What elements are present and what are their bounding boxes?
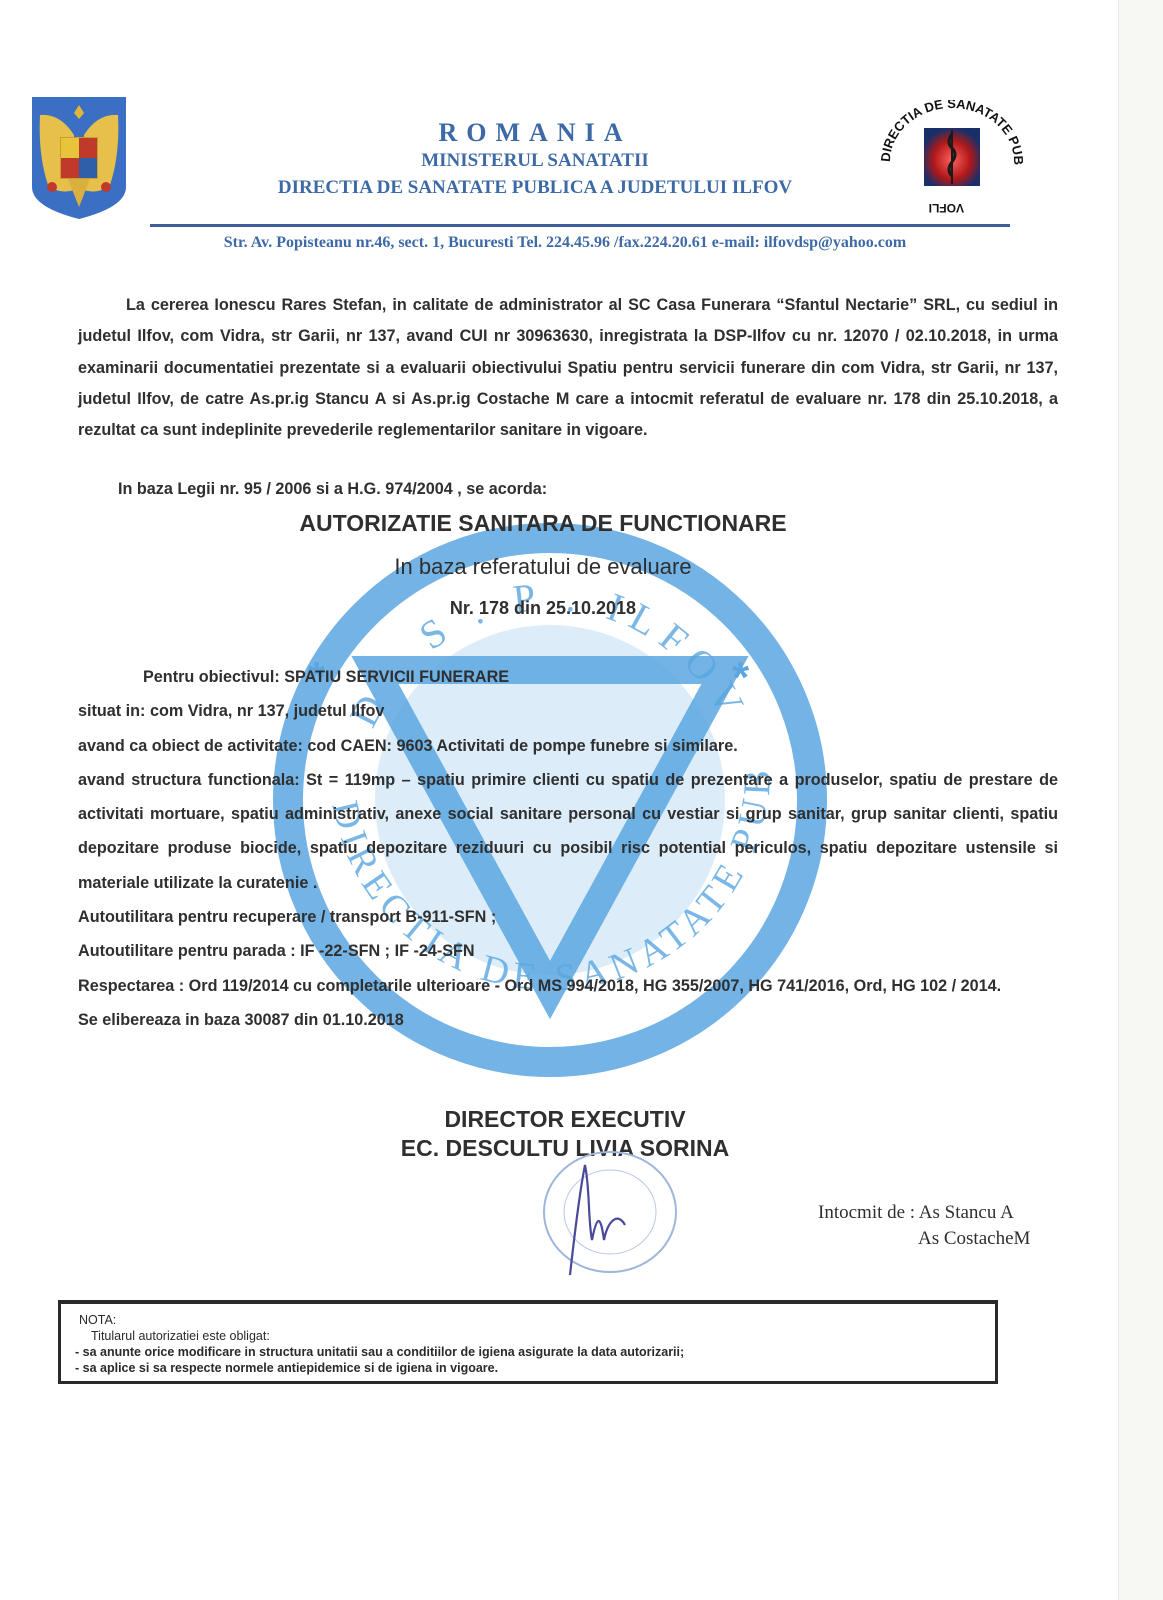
intro-paragraph: La cererea Ionescu Rares Stefan, in cali…	[78, 290, 1058, 446]
authorization-details: Pentru obiectivul: SPATIU SERVICII FUNER…	[78, 660, 1058, 1037]
header-divider	[150, 224, 1010, 227]
page-edge	[1118, 0, 1163, 1600]
objective-value: SPATIU SERVICII FUNERARE	[284, 668, 509, 686]
header-country: ROMANIA	[150, 118, 920, 148]
vehicle-parade-line: Autoutilitare pentru parada : IF -22-SFN…	[78, 934, 1058, 968]
prepared-by-line2: As CostacheM	[818, 1226, 1030, 1252]
reference-number: Nr. 178 din 25.10.2018	[78, 598, 1008, 619]
objective-line: Pentru obiectivul: SPATIU SERVICII FUNER…	[78, 660, 1058, 694]
structure-line: avand structura functionala: St = 119mp …	[78, 763, 1058, 900]
dsp-ilfov-logo-icon: DIRECTIA DE SANATATE PUBLICA VOFLI	[872, 100, 1032, 220]
vehicle-transport-line: Autoutilitara pentru recuperare / transp…	[78, 900, 1058, 934]
document-title: AUTORIZATIE SANITARA DE FUNCTIONARE	[78, 510, 1008, 537]
romania-coat-of-arms-icon	[30, 95, 128, 221]
header-ministry: MINISTERUL SANATATII	[150, 150, 920, 172]
director-role: DIRECTOR EXECUTIV	[340, 1105, 790, 1134]
svg-text:VOFLI: VOFLI	[929, 201, 964, 215]
note-item: - sa anunte orice modificare in structur…	[75, 1344, 995, 1360]
prepared-by-line1: Intocmit de : As Stancu A	[818, 1200, 1030, 1226]
note-item: - sa aplice si sa respecte normele antie…	[75, 1360, 995, 1376]
activity-line: avand ca obiect de activitate: cod CAEN:…	[78, 729, 1058, 763]
location-line: situat in: com Vidra, nr 137, judetul Il…	[78, 694, 1058, 728]
round-seal-icon	[530, 1150, 680, 1280]
header-department: DIRECTIA DE SANATATE PUBLICA A JUDETULUI…	[150, 177, 920, 199]
header-contact: Str. Av. Popisteanu nr.46, sect. 1, Bucu…	[90, 234, 1040, 252]
document-subtitle: In baza referatului de evaluare	[78, 554, 1008, 580]
objective-label: Pentru obiectivul:	[143, 668, 280, 686]
note-title: NOTA:	[79, 1312, 995, 1328]
legal-basis: In baza Legii nr. 95 / 2006 si a H.G. 97…	[118, 480, 1098, 499]
issued-basis-line: Se elibereaza in baza 30087 din 01.10.20…	[78, 1003, 1058, 1037]
note-intro: Titularul autorizatiei este obligat:	[79, 1328, 995, 1344]
note-box: NOTA: Titularul autorizatiei este obliga…	[58, 1300, 998, 1384]
prepared-by: Intocmit de : As Stancu A As CostacheM	[818, 1200, 1030, 1252]
compliance-line: Respectarea : Ord 119/2014 cu completari…	[78, 969, 1058, 1003]
